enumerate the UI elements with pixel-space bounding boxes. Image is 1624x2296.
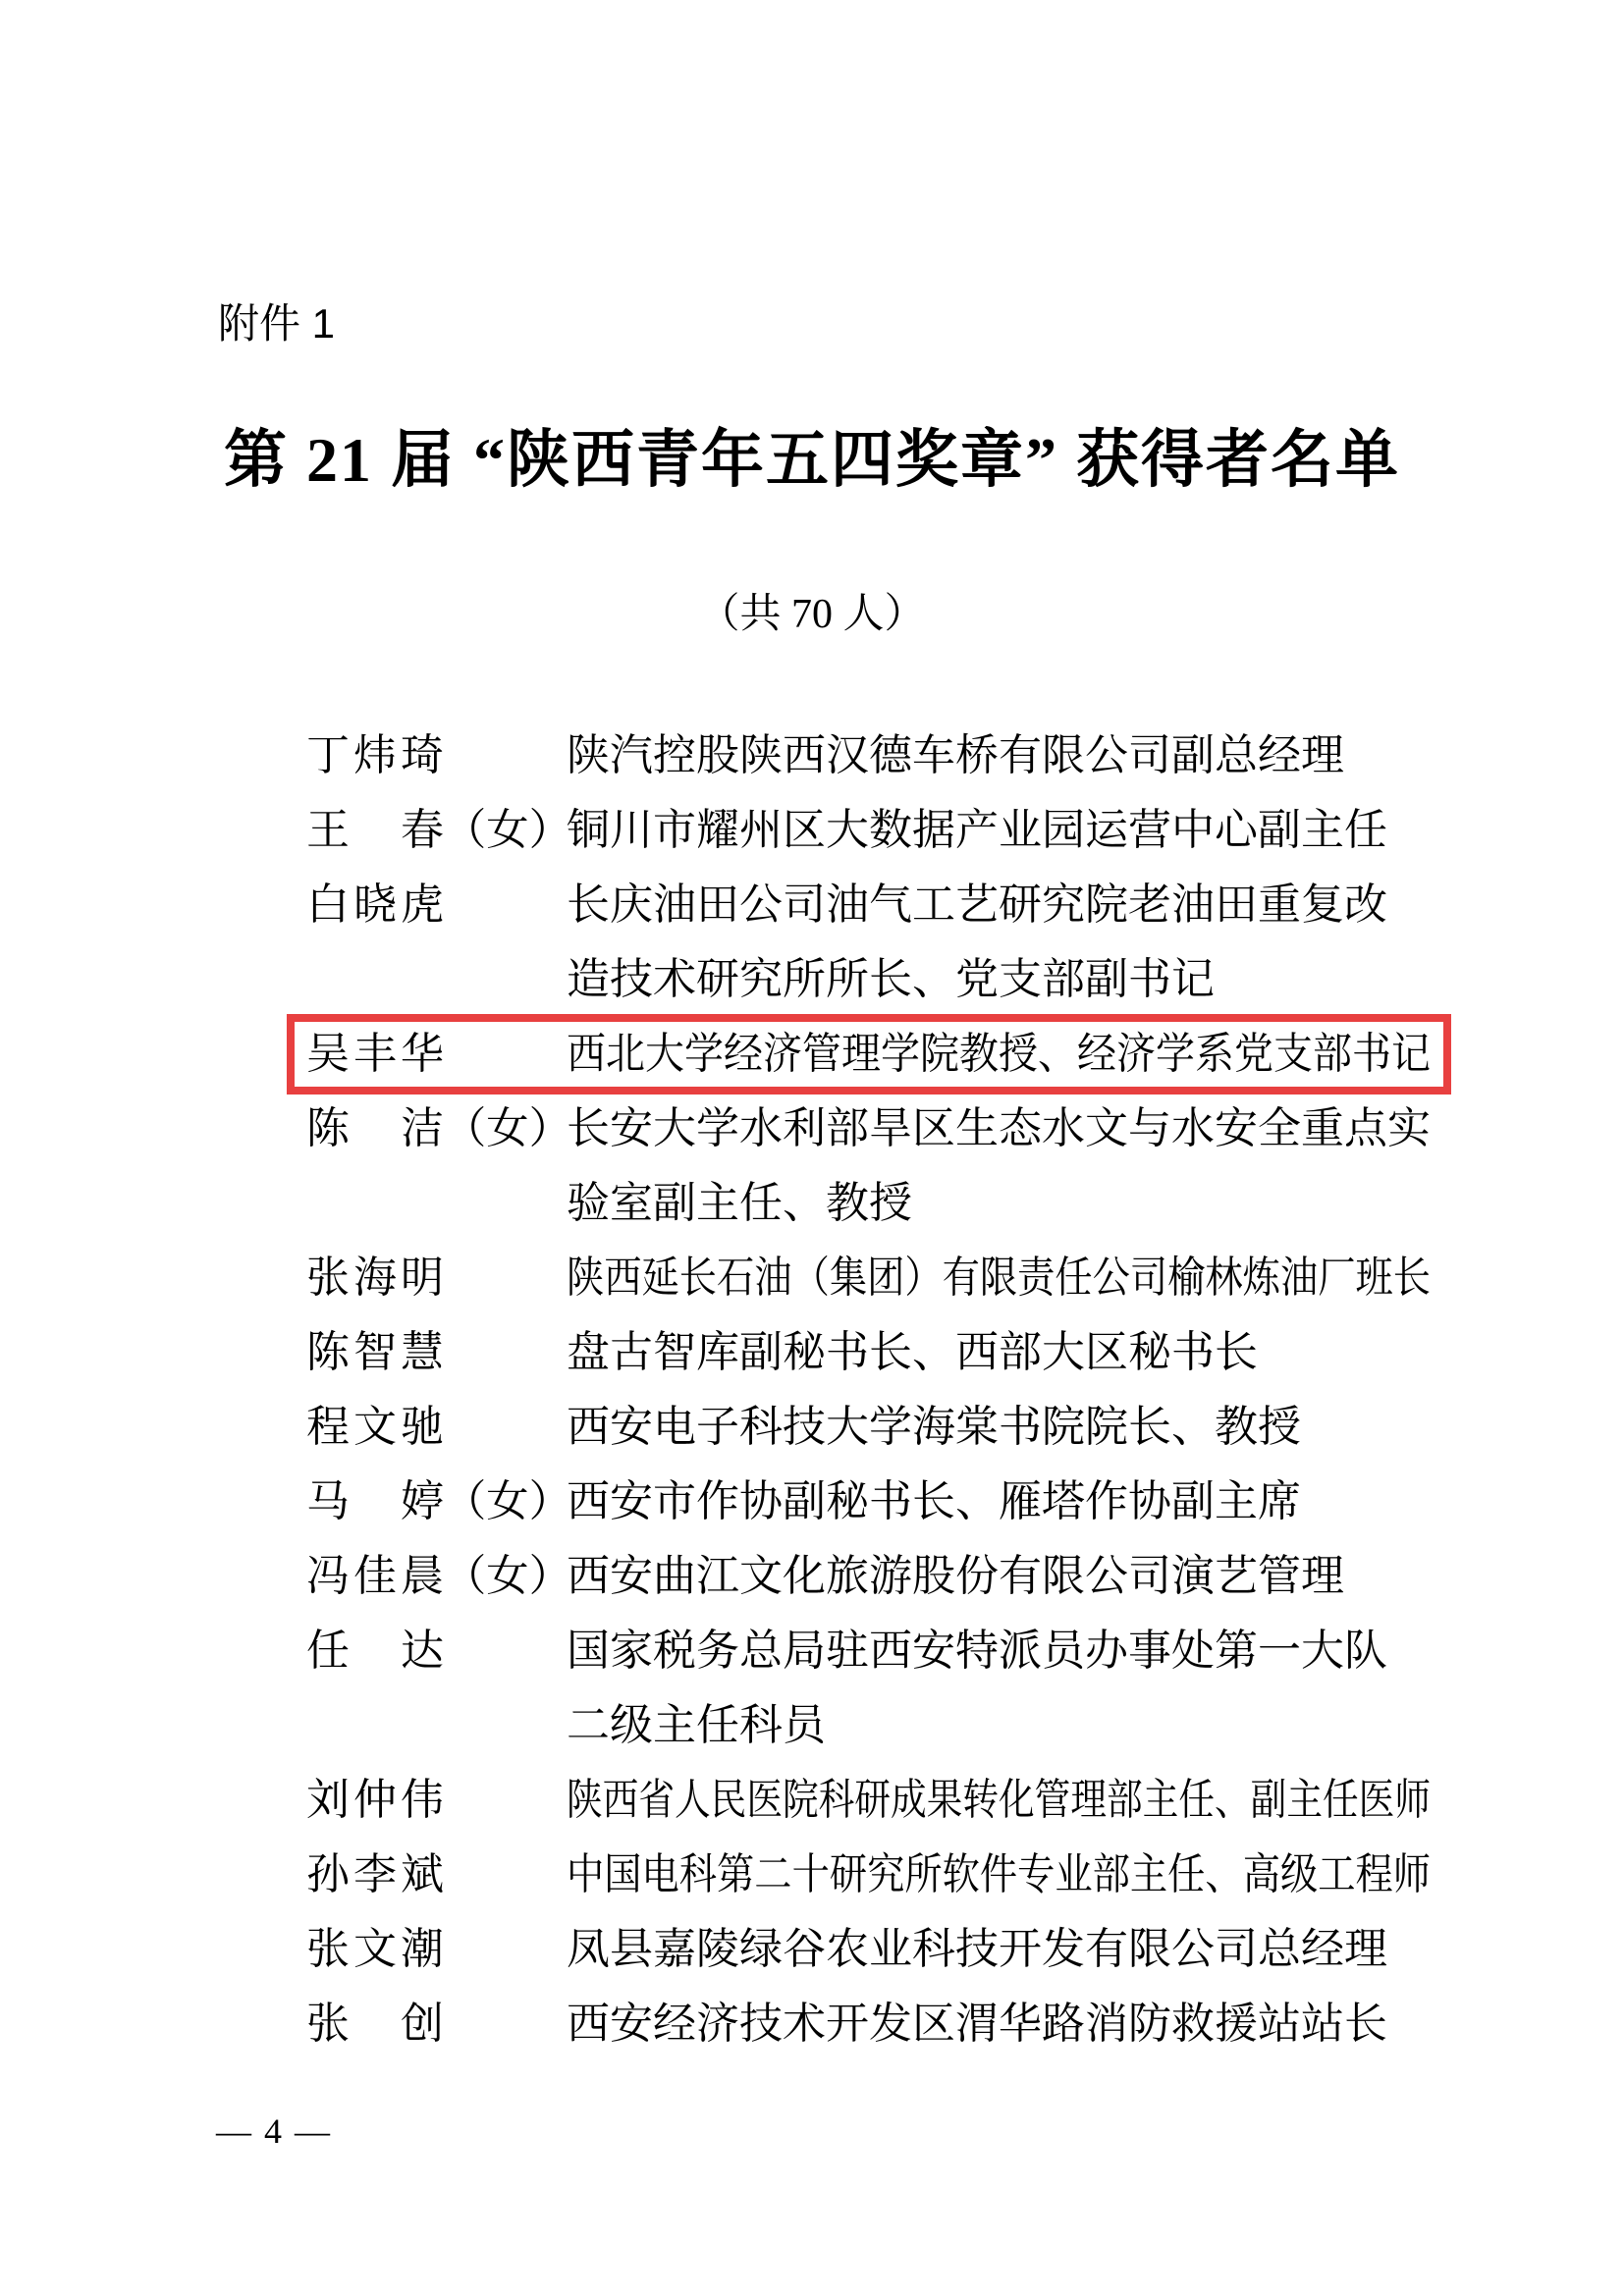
recipient-name-char: 洁 (401, 1103, 444, 1154)
recipient-name-char: 佳 (353, 1551, 397, 1602)
recipient-name-char: 晓 (353, 880, 397, 931)
recipient-name-char: 仲 (353, 1775, 397, 1826)
recipient-name-char: 吴 (306, 1029, 350, 1080)
recipient-name-char: 张 (306, 1924, 350, 1975)
list-row-continuation: 验室副主任、教授 (306, 1166, 1485, 1241)
recipient-name-char: 张 (306, 1253, 350, 1304)
list-row: 陈智慧盘古智库副秘书长、西部大区秘书长 (306, 1315, 1485, 1390)
list-row: 孙李斌中国电科第二十研究所软件专业部主任、高级工程师 (306, 1838, 1485, 1912)
list-row: 陈洁（女）长安大学水利部旱区生态水文与水安全重点实 (306, 1092, 1485, 1166)
recipient-description: 西安经济技术开发区渭华路消防救援站站长 (567, 1999, 1387, 2050)
page-number: — 4 — (216, 2110, 332, 2152)
recipient-name: 陈智慧 (306, 1327, 444, 1378)
list-row: 马婷（女）西安市作协副秘书长、雁塔作协副主席 (306, 1465, 1485, 1539)
gender-marker: （女） (444, 1103, 565, 1154)
list-row: 刘仲伟陕西省人民医院科研成果转化管理部主任、副主任医师 (306, 1763, 1485, 1838)
attachment-label: 附件 1 (218, 300, 335, 347)
recipient-description: 铜川市耀州区大数据产业园运营中心副主任 (567, 805, 1387, 856)
recipient-name: 张海明 (306, 1253, 444, 1304)
list-row: 吴丰华西北大学经济管理学院教授、经济学系党支部书记 (306, 1017, 1485, 1092)
recipient-name: 孙李斌 (306, 1849, 444, 1900)
list-row: 张海明陕西延长石油（集团）有限责任公司榆林炼油厂班长 (306, 1241, 1485, 1315)
recipient-name-char: 丁 (306, 730, 350, 781)
document-page: 附件 1 第 21 届 “陕西青年五四奖章” 获得者名单 （共 70 人） 丁炜… (0, 0, 1624, 2296)
recipient-name-char: 智 (353, 1327, 397, 1378)
recipient-description: 陕西延长石油（集团）有限责任公司榆林炼油厂班长 (567, 1253, 1431, 1304)
recipient-name: 王春 (306, 805, 444, 856)
recipient-name-char: 任 (306, 1626, 350, 1677)
recipient-name: 吴丰华 (306, 1029, 444, 1080)
recipient-name-char: 明 (401, 1253, 444, 1304)
recipient-name-char: 丰 (353, 1029, 397, 1080)
recipient-description: 西安曲江文化旅游股份有限公司演艺管理 (567, 1551, 1344, 1602)
recipient-description: 陕汽控股陕西汉德车桥有限公司副总经理 (567, 730, 1344, 781)
recipient-description: 陕西省人民医院科研成果转化管理部主任、副主任医师 (567, 1775, 1431, 1826)
recipient-name: 马婷 (306, 1476, 444, 1527)
list-row: 白晓虎长庆油田公司油气工艺研究院老油田重复改 (306, 868, 1485, 942)
list-row: 张文潮凤县嘉陵绿谷农业科技开发有限公司总经理 (306, 1912, 1485, 1987)
recipient-description: 二级主任科员 (567, 1700, 826, 1751)
recipient-description: 长安大学水利部旱区生态水文与水安全重点实 (567, 1103, 1431, 1154)
recipient-name: 张创 (306, 1999, 444, 2050)
recipient-description: 中国电科第二十研究所软件专业部主任、高级工程师 (567, 1849, 1431, 1900)
list-row: 程文驰西安电子科技大学海棠书院院长、教授 (306, 1390, 1485, 1465)
recipient-description: 长庆油田公司油气工艺研究院老油田重复改 (567, 880, 1387, 931)
recipient-name-char: 海 (353, 1253, 397, 1304)
recipient-name-char: 琦 (401, 730, 444, 781)
recipient-list: 丁炜琦陕汽控股陕西汉德车桥有限公司副总经理王春（女）铜川市耀州区大数据产业园运营… (306, 719, 1485, 2061)
recipient-name-char: 慧 (401, 1327, 444, 1378)
recipient-description: 西安市作协副秘书长、雁塔作协副主席 (567, 1476, 1301, 1527)
recipient-name-char: 春 (401, 805, 444, 856)
recipient-name: 陈洁 (306, 1103, 444, 1154)
recipient-name-char: 华 (401, 1029, 444, 1080)
recipient-name-char: 驰 (401, 1402, 444, 1453)
recipient-name: 程文驰 (306, 1402, 444, 1453)
recipient-description: 造技术研究所所长、党支部副书记 (567, 954, 1215, 1005)
recipient-name-char: 炜 (353, 730, 397, 781)
page-title: 第 21 届 “陕西青年五四奖章” 获得者名单 (0, 424, 1624, 497)
gender-marker: （女） (444, 805, 565, 856)
recipient-name-char: 白 (306, 880, 350, 931)
recipient-description: 西北大学经济管理学院教授、经济学系党支部书记 (567, 1029, 1431, 1080)
recipient-name-char: 王 (306, 805, 350, 856)
recipient-name-char: 婷 (401, 1476, 444, 1527)
recipient-name-char: 晨 (401, 1551, 444, 1602)
list-row-continuation: 二级主任科员 (306, 1688, 1485, 1763)
recipient-name: 张文潮 (306, 1924, 444, 1975)
list-row: 丁炜琦陕汽控股陕西汉德车桥有限公司副总经理 (306, 719, 1485, 793)
recipient-name-char: 刘 (306, 1775, 350, 1826)
list-row: 张创西安经济技术开发区渭华路消防救援站站长 (306, 1987, 1485, 2061)
recipient-name-char: 文 (353, 1402, 397, 1453)
recipient-name: 任达 (306, 1626, 444, 1677)
recipient-name-char: 陈 (306, 1327, 350, 1378)
recipient-name-char: 陈 (306, 1103, 350, 1154)
recipient-description: 凤县嘉陵绿谷农业科技开发有限公司总经理 (567, 1924, 1387, 1975)
recipient-name-char: 创 (401, 1999, 444, 2050)
recipient-name-char: 斌 (401, 1849, 444, 1900)
recipient-name: 白晓虎 (306, 880, 444, 931)
list-row: 任达国家税务总局驻西安特派员办事处第一大队 (306, 1614, 1485, 1688)
list-row: 冯佳晨（女）西安曲江文化旅游股份有限公司演艺管理 (306, 1539, 1485, 1614)
recipient-name-char: 程 (306, 1402, 350, 1453)
recipient-name-char: 虎 (401, 880, 444, 931)
list-row-continuation: 造技术研究所所长、党支部副书记 (306, 942, 1485, 1017)
recipient-name-char: 冯 (306, 1551, 350, 1602)
recipient-name: 刘仲伟 (306, 1775, 444, 1826)
gender-marker: （女） (444, 1551, 565, 1602)
recipient-name-char: 文 (353, 1924, 397, 1975)
recipient-description: 盘古智库副秘书长、西部大区秘书长 (567, 1327, 1258, 1378)
recipient-name: 丁炜琦 (306, 730, 444, 781)
recipient-description: 验室副主任、教授 (567, 1178, 912, 1229)
recipient-name-char: 达 (401, 1626, 444, 1677)
recipient-name-char: 李 (353, 1849, 397, 1900)
recipient-name-char: 马 (306, 1476, 350, 1527)
recipient-name-char: 张 (306, 1999, 350, 2050)
list-row: 王春（女）铜川市耀州区大数据产业园运营中心副主任 (306, 793, 1485, 868)
recipient-name-char: 孙 (306, 1849, 350, 1900)
recipient-description: 西安电子科技大学海棠书院院长、教授 (567, 1402, 1301, 1453)
recipient-name: 冯佳晨 (306, 1551, 444, 1602)
recipient-name-char: 潮 (401, 1924, 444, 1975)
subtitle-count: （共 70 人） (0, 591, 1624, 638)
recipient-name-char: 伟 (401, 1775, 444, 1826)
recipient-description: 国家税务总局驻西安特派员办事处第一大队 (567, 1626, 1387, 1677)
gender-marker: （女） (444, 1476, 565, 1527)
